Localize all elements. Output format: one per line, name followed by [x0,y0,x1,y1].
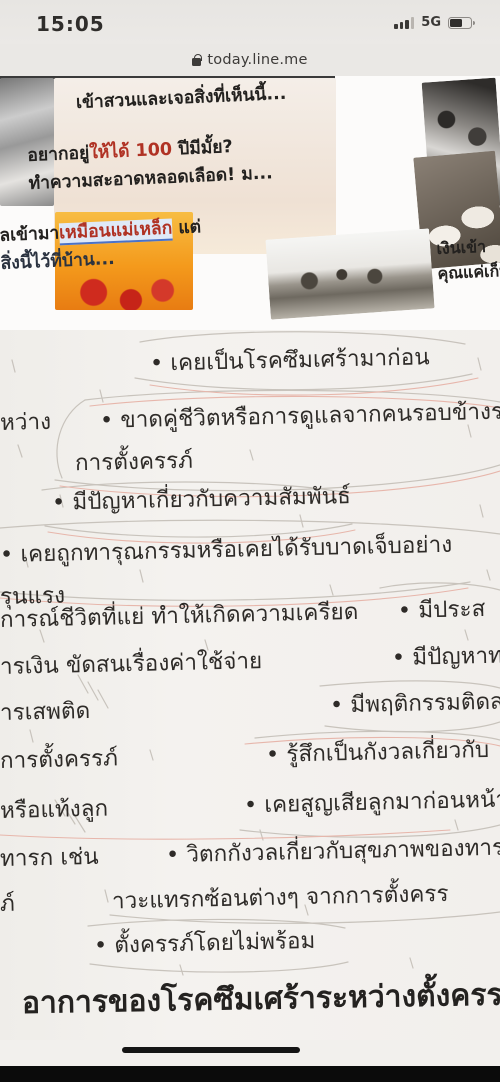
network-type-label: 5G [421,16,441,29]
article-4-headline-line2: คุณแค่เก็บ [437,261,500,283]
article-3-headline-part2: แต่ [172,217,202,238]
home-indicator[interactable] [122,1047,300,1053]
article-2-headline-part1: อยากอยู่ [27,143,90,166]
status-icons: 5G [394,16,472,29]
battery-level [450,19,462,27]
lock-icon [192,58,201,66]
bullet-fragment: ทารก เช่น [0,838,99,876]
home-indicator-area [0,1040,500,1066]
bullet-text: าวะแทรกซ้อนต่างๆ จากการตั้งครร [112,875,449,919]
article-3-headline[interactable]: ลเข้ามาเหมือนแม่เหล็ก แต่ สิ่งนี้ไว้ที่บ… [0,211,251,278]
related-articles-section: เข้าสวนและเจอสิ่งที่เห็นนี้... อยากอยู่ใ… [0,76,500,330]
url-bar[interactable]: today.line.me [0,44,500,76]
phone-screenshot: 15:05 5G today.line.me เข้าสวนและเจอสิ่ง… [0,0,500,1082]
article-2-headline-red: ให้ได้ 100 [89,140,173,164]
article-4-headline[interactable]: เงินเข้า คุณแค่เก็บ [436,233,500,286]
bullet-text: • มีปัญหาทาง [391,636,500,675]
phone-bezel [0,1066,500,1082]
bullet-fragment: ารเสพติด [0,692,91,730]
bullet-text: • รู้สึกเป็นกังวลเกี่ยวกับ [266,731,490,772]
bullet-fragment: ารเงิน ขัดสนเรื่องค่าใช้จ่าย [0,642,263,684]
bullet-text: • เคยเป็นโรคซึมเศร้ามาก่อน [150,338,430,380]
bullet-text: • ตั้งครรภ์โดยไม่พร้อม [94,922,316,963]
url-text: today.line.me [207,52,307,68]
bullet-text: • เคยสูญเสียลูกมาก่อนหน้าน [244,780,500,822]
article-3-headline-line2: สิ่งนี้ไว้ที่บ้าน... [0,249,115,274]
signal-strength-icon [394,17,414,29]
bullet-text: การตั้งครรภ์ [75,442,194,481]
article-4-headline-line1: เงินเข้า [436,237,486,258]
article-2-headline-part2: ปีมีมั้ย? [172,137,234,160]
article-3-headline-link[interactable]: เหมือนแม่เหล็ก [59,218,173,245]
bullet-fragment: ภ์ [0,885,15,921]
article-4b-thumbnail[interactable] [265,228,434,319]
battery-icon [448,17,472,29]
bullet-fragment: การตั้งครรภ์ [0,739,118,778]
infographic-title: อาการของโรคซึมเศร้าระหว่างตั้งครรภ์ [22,971,500,1027]
bullet-fragment: หรือแท้งลูก [0,790,109,828]
bullet-text: • วิตกกังวลเกี่ยวกับสุขภาพของทาร [166,829,500,873]
bullet-fragment: การณ์ชีวิตที่แย่ ทำให้เกิดความเครียด [0,593,359,637]
bullet-text: • มีพฤติกรรมติดส [329,683,500,723]
bullet-fragment: หว่าง [0,403,51,440]
article-3-headline-part1: ลเข้ามา [0,223,60,246]
infographic-image: • เคยเป็นโรคซึมเศร้ามาก่อน หว่าง• ขาดคู่… [0,330,500,1040]
bullet-text: • มีประส [397,590,485,628]
status-bar: 15:05 5G [0,0,500,44]
bullet-text: • มีปัญหาเกี่ยวกับความสัมพันธ์ [52,477,352,520]
status-time: 15:05 [36,12,105,36]
